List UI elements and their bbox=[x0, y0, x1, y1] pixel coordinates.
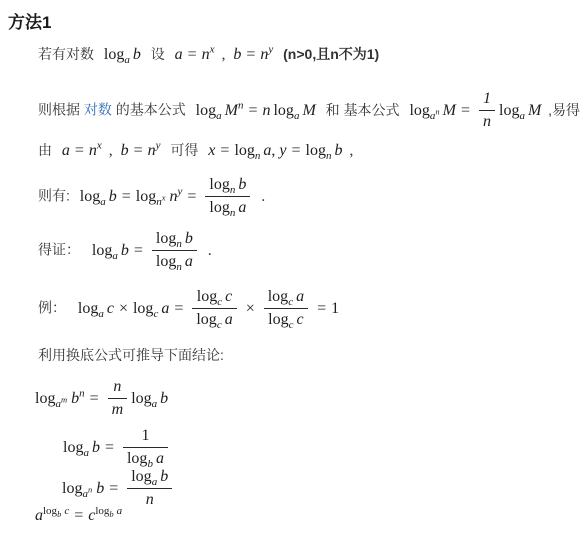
formula-x-y-logs: x=logna,y=lognb bbox=[208, 142, 342, 159]
paragraph-basic-formulas: 则根据 对数 的基本公式 logaMn=nlogaM 和 基本公式 loganM… bbox=[38, 90, 580, 132]
formula-corollary-1: logambn=nmlogab bbox=[35, 378, 168, 420]
intro-text: 若有对数 bbox=[38, 46, 94, 62]
fraction-loga-b-over-n: logabn bbox=[127, 468, 172, 510]
condition-text: (n>0,且n不为1) bbox=[283, 46, 379, 62]
set-text: 设 bbox=[151, 46, 165, 62]
formula-log-a-b: logab bbox=[104, 46, 141, 63]
paragraph-derive-xy: 由 a=nx , b=ny 可得 x=logna,y=lognb , bbox=[38, 141, 353, 162]
comma: , bbox=[221, 46, 225, 63]
lead-text: 得证： bbox=[38, 242, 80, 258]
formula-corollary-2: logab=1logba bbox=[63, 427, 172, 469]
paragraph-proved: 得证： logab=lognblogna . bbox=[38, 230, 212, 272]
formula-a-eq-n-x: a=nx bbox=[175, 46, 215, 63]
lead-text: 例： bbox=[38, 300, 66, 316]
trailing-period: . bbox=[208, 242, 212, 259]
formula-corollary-4: alogbc=clogba bbox=[35, 506, 122, 527]
paragraph-setup: 若有对数 logab 设 a=nx , b=ny (n>0,且n不为1) bbox=[38, 45, 379, 66]
paragraph-then: 则有: logab=lognxny=lognblogna . bbox=[38, 176, 265, 218]
trailing-comma: , bbox=[349, 142, 353, 159]
formula-b-eq-n-y: b=ny bbox=[121, 142, 161, 159]
lead-text: 则有: bbox=[38, 188, 70, 204]
fraction-1-over-logb-a: 1logba bbox=[123, 427, 168, 469]
mid-text-2: 和 基本公式 bbox=[326, 102, 400, 118]
tail-text: ,易得 bbox=[548, 102, 580, 118]
fraction-logc-a-over-logc-c: logcalogcc bbox=[264, 288, 308, 330]
fraction-n-over-m: nm bbox=[108, 378, 128, 420]
fraction-logn-b-over-logn-a: lognblogna bbox=[205, 176, 250, 218]
lead-text: 则根据 bbox=[38, 102, 80, 118]
comma: , bbox=[109, 142, 113, 159]
conclusion-text: 利用换底公式可推导下面结论: bbox=[38, 347, 224, 363]
formula-power-rule: logaMn=nlogaM bbox=[196, 102, 316, 119]
fraction-logn-b-over-logn-a: lognblogna bbox=[152, 230, 197, 272]
fraction-logc-c-over-logc-a: logcclogca bbox=[192, 288, 236, 330]
formula-corollary-3: loganb=logabn bbox=[62, 468, 176, 510]
formula-b-eq-n-y: b=ny bbox=[233, 46, 273, 63]
trailing-period: . bbox=[261, 188, 265, 205]
exponent-logb-c: logbc bbox=[43, 505, 69, 517]
mid-text-1: 的基本公式 bbox=[116, 102, 186, 118]
mid-text: 可得 bbox=[170, 142, 198, 158]
formula-a-eq-n-x: a=nx bbox=[62, 142, 102, 159]
page-title: 方法1 bbox=[8, 8, 51, 33]
document-page: 方法1 若有对数 logab 设 a=nx , b=ny (n>0,且n不为1)… bbox=[0, 0, 584, 536]
formula-base-power-rule: loganM=1nlogaM bbox=[409, 102, 541, 119]
lead-text: 由 bbox=[38, 142, 52, 158]
fraction-1-over-n: 1n bbox=[479, 90, 495, 132]
exponent-logb-a: logba bbox=[95, 505, 122, 517]
formula-change-of-base-derivation: logab=lognxny=lognblogna bbox=[80, 188, 255, 205]
logarithm-link[interactable]: 对数 bbox=[84, 102, 112, 118]
formula-change-of-base: logab=lognblogna bbox=[92, 242, 201, 259]
paragraph-example: 例： logac×logca=logcclogca×logcalogcc=1 bbox=[38, 288, 339, 330]
formula-example: logac×logca=logcclogca×logcalogcc=1 bbox=[78, 300, 339, 317]
paragraph-conclusion-intro: 利用换底公式可推导下面结论: bbox=[38, 346, 224, 364]
